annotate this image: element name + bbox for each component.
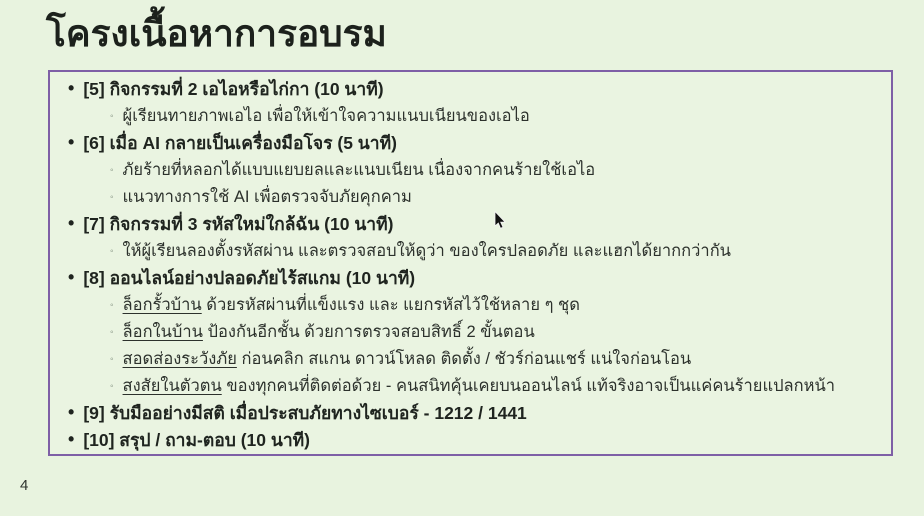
underlined-phrase: ล็อกในบ้าน <box>123 323 203 341</box>
outline-item: ◦สงสัยในตัวตน ของทุกคนที่ติดต่อด้วย - คน… <box>58 372 883 399</box>
outline-item: •[5] กิจกรรมที่ 2 เอไอหรือไก่กา (10 นาที… <box>58 75 883 102</box>
outline-item: •[8] ออนไลน์อย่างปลอดภัยไร้สแกม (10 นาที… <box>58 264 883 291</box>
bullet-icon: • <box>68 78 74 99</box>
mouse-cursor-icon <box>494 211 508 231</box>
underlined-phrase: ล็อกรั้วบ้าน <box>123 296 202 314</box>
outline-item-text: สงสัยในตัวตน ของทุกคนที่ติดต่อด้วย - คนส… <box>123 373 836 399</box>
presentation-slide: โครงเนื้อหาการอบรม •[5] กิจกรรมที่ 2 เอไ… <box>0 0 924 516</box>
outline-item-text: สอดส่องระวังภัย ก่อนคลิก สแกน ดาวน์โหลด … <box>123 346 692 372</box>
outline-item: •[7] กิจกรรมที่ 3 รหัสใหม่ใกล้ฉัน (10 นา… <box>58 210 883 237</box>
outline-box: •[5] กิจกรรมที่ 2 เอไอหรือไก่กา (10 นาที… <box>48 70 893 456</box>
sub-bullet-icon: ◦ <box>110 354 114 365</box>
outline-item: •[9] รับมืออย่างมีสติ เมื่อประสบภัยทางไซ… <box>58 399 883 426</box>
bullet-icon: • <box>68 429 74 450</box>
sub-bullet-icon: ◦ <box>110 246 114 257</box>
outline-item: ◦ให้ผู้เรียนลองตั้งรหัสผ่าน และตรวจสอบให… <box>58 237 883 264</box>
outline-item-text: ให้ผู้เรียนลองตั้งรหัสผ่าน และตรวจสอบให้… <box>123 238 731 264</box>
outline-item-text: แนวทางการใช้ AI เพื่อตรวจจับภัยคุกคาม <box>123 184 412 210</box>
page-number: 4 <box>20 477 28 494</box>
outline-item-text: [5] กิจกรรมที่ 2 เอไอหรือไก่กา (10 นาที) <box>83 75 383 103</box>
outline-item: ◦ล็อกรั้วบ้าน ด้วยรหัสผ่านที่แข็งแรง และ… <box>58 291 883 318</box>
sub-bullet-icon: ◦ <box>110 327 114 338</box>
sub-bullet-icon: ◦ <box>110 300 114 311</box>
outline-item: ◦สอดส่องระวังภัย ก่อนคลิก สแกน ดาวน์โหลด… <box>58 345 883 372</box>
outline-item-text: [8] ออนไลน์อย่างปลอดภัยไร้สแกม (10 นาที) <box>83 264 415 292</box>
sub-bullet-icon: ◦ <box>110 381 114 392</box>
outline-item: •[10] สรุป / ถาม-ตอบ (10 นาที) <box>58 426 883 453</box>
outline-item-text: ผู้เรียนทายภาพเอไอ เพื่อให้เข้าใจความแนบ… <box>123 103 530 129</box>
slide-title: โครงเนื้อหาการอบรม <box>46 4 387 63</box>
bullet-icon: • <box>68 267 74 288</box>
bullet-icon: • <box>68 132 74 153</box>
outline-item: ◦ภัยร้ายที่หลอกได้แบบแยบยลและแนบเนียน เน… <box>58 156 883 183</box>
underlined-phrase: สงสัยในตัวตน <box>123 377 222 395</box>
outline-item: ◦ล็อกในบ้าน ป้องกันอีกชั้น ด้วยการตรวจสอ… <box>58 318 883 345</box>
outline-list: •[5] กิจกรรมที่ 2 เอไอหรือไก่กา (10 นาที… <box>58 75 883 453</box>
outline-item-text: [10] สรุป / ถาม-ตอบ (10 นาที) <box>83 426 310 454</box>
outline-item: •[6] เมื่อ AI กลายเป็นเครื่องมือโจร (5 น… <box>58 129 883 156</box>
outline-item-text: [7] กิจกรรมที่ 3 รหัสใหม่ใกล้ฉัน (10 นาท… <box>83 210 393 238</box>
sub-bullet-icon: ◦ <box>110 192 114 203</box>
outline-item-text: [6] เมื่อ AI กลายเป็นเครื่องมือโจร (5 นา… <box>83 129 397 157</box>
outline-item: ◦แนวทางการใช้ AI เพื่อตรวจจับภัยคุกคาม <box>58 183 883 210</box>
outline-item-text: ล็อกในบ้าน ป้องกันอีกชั้น ด้วยการตรวจสอบ… <box>123 319 535 345</box>
outline-item-text: [9] รับมืออย่างมีสติ เมื่อประสบภัยทางไซเ… <box>83 399 526 427</box>
underlined-phrase: สอดส่องระวังภัย <box>123 350 237 368</box>
sub-bullet-icon: ◦ <box>110 165 114 176</box>
outline-item-text: ล็อกรั้วบ้าน ด้วยรหัสผ่านที่แข็งแรง และ … <box>123 292 580 318</box>
bullet-icon: • <box>68 402 74 423</box>
outline-item-text: ภัยร้ายที่หลอกได้แบบแยบยลและแนบเนียน เนื… <box>123 157 596 183</box>
outline-item: ◦ผู้เรียนทายภาพเอไอ เพื่อให้เข้าใจความแน… <box>58 102 883 129</box>
sub-bullet-icon: ◦ <box>110 111 114 122</box>
bullet-icon: • <box>68 213 74 234</box>
